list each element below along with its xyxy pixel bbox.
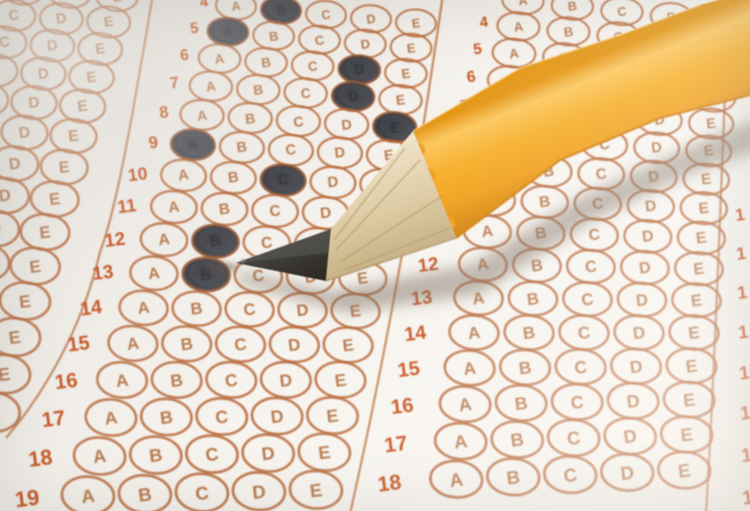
question-number-19: 19 bbox=[13, 485, 40, 511]
bubble-letter: E bbox=[705, 116, 716, 133]
bubble-letter: C bbox=[595, 165, 608, 183]
bubble-letter: B bbox=[276, 3, 287, 18]
bubble-letter: A bbox=[453, 431, 468, 452]
partial-question-number: 1 bbox=[741, 487, 750, 510]
bubble-letter: B bbox=[563, 24, 574, 40]
bubble-letter: D bbox=[278, 370, 293, 391]
bubble-letter: D bbox=[641, 228, 654, 246]
bubble-letter: D bbox=[327, 174, 340, 191]
partial-question-number: 1 bbox=[738, 362, 750, 384]
bubble-letter: B bbox=[518, 357, 533, 378]
bubble-letter: C bbox=[243, 300, 257, 319]
bubble-letter: E bbox=[103, 14, 114, 31]
bubble-letter: E bbox=[698, 200, 710, 218]
bubble-letter: C bbox=[617, 4, 628, 19]
bubble-letter: E bbox=[28, 256, 42, 277]
bubble-letter: A bbox=[458, 394, 473, 415]
bubble-letter: D bbox=[347, 89, 359, 105]
bubble-letter: D bbox=[260, 443, 275, 464]
bubble-letter: B bbox=[514, 393, 529, 414]
question-number-17: 17 bbox=[383, 432, 409, 458]
bubble-letter: E bbox=[685, 356, 699, 377]
bubble-letter: D bbox=[650, 140, 662, 157]
bubble-letter: C bbox=[233, 334, 247, 354]
question-number-16: 16 bbox=[390, 394, 415, 419]
bubble-letter: B bbox=[137, 483, 153, 505]
bubble-letter: E bbox=[8, 327, 22, 348]
bubble-letter: B bbox=[252, 82, 264, 98]
bubble-letter: B bbox=[169, 370, 184, 391]
bubble-letter: A bbox=[167, 198, 180, 216]
bubble-letter: D bbox=[341, 116, 353, 133]
bubble-letter: C bbox=[314, 32, 325, 48]
question-number-15: 15 bbox=[66, 332, 91, 357]
bubble-letter: E bbox=[690, 291, 703, 311]
bubble-letter: B bbox=[268, 28, 279, 44]
bubble-letter: E bbox=[18, 291, 32, 312]
partial-question-number: 1 bbox=[740, 444, 750, 467]
bubble-letter: D bbox=[37, 65, 50, 83]
bubble-letter: D bbox=[46, 38, 58, 55]
bubble-letter: B bbox=[538, 193, 551, 211]
bubble-letter: A bbox=[103, 407, 118, 428]
bubble-letter: B bbox=[244, 110, 256, 127]
bubble-letter: B bbox=[180, 334, 194, 354]
bubble-letter: E bbox=[677, 459, 692, 481]
question-number-12: 12 bbox=[103, 228, 126, 251]
bubble-letter: D bbox=[270, 406, 285, 427]
bubble-letter: D bbox=[319, 204, 332, 222]
bubble-letter: C bbox=[588, 226, 601, 244]
question-number-14: 14 bbox=[403, 322, 427, 346]
bubble-letter: C bbox=[269, 202, 282, 220]
bubble-letter: C bbox=[224, 370, 239, 391]
bubble-letter: E bbox=[76, 97, 88, 115]
bubble-letter: D bbox=[644, 197, 657, 215]
bubble-letter: D bbox=[360, 36, 371, 52]
bubble-letter: D bbox=[18, 124, 31, 142]
bubble-letter: D bbox=[619, 462, 635, 484]
bubble-letter: C bbox=[214, 406, 229, 427]
bubble-letter: B bbox=[260, 55, 271, 71]
bubble-letter: D bbox=[366, 12, 377, 27]
bubble-letter: C bbox=[566, 428, 581, 449]
bubble-letter: D bbox=[626, 391, 641, 412]
bubble-letter: A bbox=[518, 0, 529, 8]
bubble-letter: C bbox=[570, 392, 585, 413]
bubble-letter: B bbox=[522, 323, 537, 343]
bubble-letter: B bbox=[159, 407, 174, 428]
bubble-letter: C bbox=[321, 7, 332, 22]
bubble-letter: E bbox=[317, 442, 331, 463]
bubble-letter: B bbox=[526, 289, 540, 309]
bubble-letter: C bbox=[562, 464, 578, 486]
bubble-letter: C bbox=[277, 172, 290, 189]
bubble-letter: B bbox=[567, 0, 578, 14]
bubble-letter: D bbox=[296, 301, 310, 320]
bubble-letter: E bbox=[85, 68, 97, 86]
bubble-letter: D bbox=[251, 480, 267, 502]
bubble-letter: B bbox=[148, 445, 163, 466]
bubble-letter: E bbox=[411, 16, 421, 31]
graphite-specular bbox=[241, 259, 245, 263]
bubble-letter: A bbox=[448, 468, 464, 490]
bubble-letter: D bbox=[334, 145, 346, 162]
bubble-letter: B bbox=[236, 139, 248, 156]
question-number-15: 15 bbox=[396, 358, 421, 383]
answer-sheet-and-pencil: 4ABCDE5ABCDE6ABCDE7ABCDE8ABCDE9ABCDE10AB… bbox=[0, 0, 750, 511]
pencil-tip-shadow bbox=[206, 262, 238, 272]
bubble-letter: C bbox=[194, 482, 210, 504]
bubble-letter: E bbox=[334, 370, 348, 391]
bubble-letter: E bbox=[38, 222, 51, 242]
scantron-photo: 4ABCDE5ABCDE6ABCDE7ABCDE8ABCDE9ABCDE10AB… bbox=[0, 0, 750, 511]
bubble-letter: E bbox=[395, 92, 406, 108]
bubble-letter: E bbox=[48, 190, 61, 209]
bubble-letter: D bbox=[55, 11, 67, 28]
question-number-18: 18 bbox=[27, 445, 54, 472]
question-number-10: 10 bbox=[127, 163, 149, 185]
bubble-letter: C bbox=[300, 85, 312, 101]
bubble-letter: D bbox=[8, 154, 22, 173]
bubble-letter: A bbox=[231, 0, 242, 14]
bubble-letter: A bbox=[222, 24, 233, 40]
bubble-letter: A bbox=[137, 299, 151, 318]
bubble-letter: B bbox=[509, 429, 524, 450]
bubble-letter: B bbox=[209, 233, 222, 251]
bubble-letter: D bbox=[622, 426, 637, 447]
question-number-17: 17 bbox=[40, 407, 66, 433]
bubble-letter: E bbox=[687, 323, 701, 343]
bubble-letter: B bbox=[227, 170, 240, 187]
bubble-letter: C bbox=[577, 323, 592, 343]
bubble-letter: A bbox=[481, 223, 494, 241]
bubble-letter: C bbox=[204, 444, 219, 465]
bubble-letter: E bbox=[679, 424, 693, 445]
bubble-letter: E bbox=[67, 127, 80, 145]
question-number-18: 18 bbox=[376, 470, 403, 497]
bubble-letter: E bbox=[695, 229, 708, 247]
bubble-letter: B bbox=[505, 466, 521, 488]
bubble-letter: C bbox=[580, 289, 594, 309]
bubble-letter: D bbox=[27, 94, 40, 112]
bubble-letter: C bbox=[8, 7, 20, 24]
bubble-letter: E bbox=[341, 335, 355, 355]
question-number-4: 4 bbox=[199, 0, 209, 11]
bubble-letter: E bbox=[700, 171, 712, 189]
question-number-11: 11 bbox=[116, 195, 137, 217]
bubble-letter: E bbox=[309, 479, 324, 501]
bubble-letter: A bbox=[177, 167, 190, 184]
bubble-letter: E bbox=[389, 119, 400, 136]
bubble-letter: A bbox=[80, 485, 96, 507]
bubble-letter: D bbox=[635, 290, 649, 310]
bubble-letter: A bbox=[126, 334, 140, 354]
bubble-letter: C bbox=[260, 234, 273, 252]
partial-question-number: 1 bbox=[739, 403, 750, 425]
bubble-letter: B bbox=[218, 200, 231, 218]
bubble-letter: D bbox=[629, 356, 644, 377]
bubble-letter: B bbox=[190, 299, 204, 318]
bubble-letter: C bbox=[292, 113, 304, 130]
bubble-letter: A bbox=[205, 79, 217, 95]
bubble-letter: A bbox=[467, 323, 482, 343]
bubble-letter: A bbox=[92, 446, 107, 467]
question-number-13: 13 bbox=[91, 262, 115, 285]
question-number-16: 16 bbox=[53, 369, 78, 395]
question-number-14: 14 bbox=[79, 296, 103, 320]
bubble-letter: D bbox=[632, 323, 647, 343]
bubble-letter: A bbox=[196, 107, 208, 124]
bubble-letter: D bbox=[287, 335, 301, 355]
bubble-letter: A bbox=[157, 231, 170, 249]
